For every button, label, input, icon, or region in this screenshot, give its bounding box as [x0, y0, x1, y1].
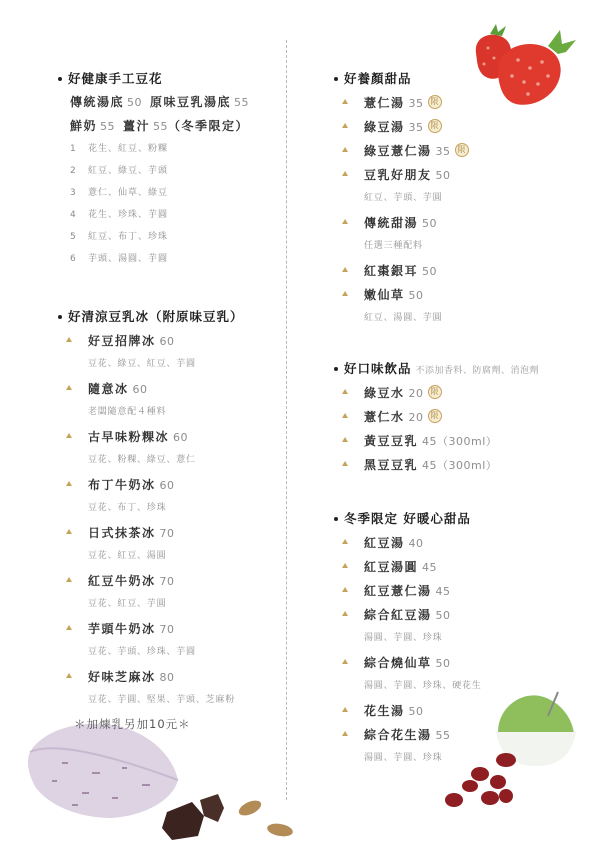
- limited-badge: 限: [428, 119, 442, 133]
- item-description: 湯圓、芋圓、珍珠: [334, 746, 594, 770]
- menu-item: 薏仁湯35限: [334, 90, 594, 114]
- bullet-icon: [334, 517, 338, 521]
- bullet-icon: [58, 315, 62, 319]
- item-description: 豆花、布丁、珍珠: [58, 496, 278, 520]
- menu-item: 綜合花生湯55: [334, 722, 594, 746]
- limited-badge: 限: [428, 385, 442, 399]
- menu-item: 綠豆湯35限: [334, 114, 594, 138]
- menu-item: 嫩仙草50: [334, 282, 594, 306]
- limited-badge: 限: [428, 409, 442, 423]
- item-description: 紅豆、芋頭、芋圓: [334, 186, 594, 210]
- triangle-icon: [342, 219, 348, 224]
- limited-badge: 限: [428, 95, 442, 109]
- triangle-icon: [342, 389, 348, 394]
- item-description: 豆花、芋圓、堅果、芋頭、芝麻粉: [58, 688, 278, 712]
- triangle-icon: [342, 171, 348, 176]
- triangle-icon: [66, 529, 72, 534]
- section-title-sweet-soups: 好養顏甜品: [334, 68, 594, 90]
- item-description: 豆花、粉粿、綠豆、薏仁: [58, 448, 278, 472]
- triangle-icon: [342, 291, 348, 296]
- triangle-icon: [66, 385, 72, 390]
- menu-item: 日式抹茶冰70: [58, 520, 278, 544]
- triangle-icon: [342, 707, 348, 712]
- seasonal-note: （冬季限定）: [168, 119, 249, 133]
- menu-item: 花生湯50: [334, 698, 594, 722]
- menu-item: 紅豆湯40: [334, 530, 594, 554]
- combo-item: 3薏仁、仙草、綠豆: [70, 182, 278, 204]
- menu-item: 綜合燒仙草50: [334, 650, 594, 674]
- triangle-icon: [342, 123, 348, 128]
- combo-item: 5紅豆、布丁、珍珠: [70, 226, 278, 248]
- section-title-drinks: 好口味飲品不添加香料、防腐劑、消泡劑: [334, 358, 594, 380]
- item-description: 豆花、綠豆、紅豆、芋圓: [58, 352, 278, 376]
- menu-item: 豆乳好朋友50: [334, 162, 594, 186]
- menu-item: 好豆招牌冰60: [58, 328, 278, 352]
- section-title-winter: 冬季限定 好暖心甜品: [334, 508, 594, 530]
- menu-item: 隨意冰60: [58, 376, 278, 400]
- left-column: 好健康手工豆花 傳統湯底50原味豆乳湯底55 鮮奶55薑汁55（冬季限定） 1花…: [58, 68, 278, 736]
- item-description: 湯圓、芋圓、珍珠: [334, 626, 594, 650]
- menu-item: 古早味粉粿冰60: [58, 424, 278, 448]
- condensed-milk-note: ＊加煉乳另加10元＊: [74, 712, 278, 736]
- bullet-icon: [334, 77, 338, 81]
- menu-item: 綜合紅豆湯50: [334, 602, 594, 626]
- combo-item: 1花生、紅豆、粉粿: [70, 138, 278, 160]
- triangle-icon: [66, 625, 72, 630]
- triangle-icon: [342, 267, 348, 272]
- menu-item: 紅豆湯圓45: [334, 554, 594, 578]
- base-line-2: 鮮奶55薑汁55（冬季限定）: [70, 114, 278, 138]
- drinks-note: 不添加香料、防腐劑、消泡劑: [416, 366, 540, 376]
- combo-item: 6芋頭、湯圓、芋圓: [70, 248, 278, 270]
- base-name: 原味豆乳湯底: [150, 95, 231, 109]
- base-price: 55: [153, 120, 168, 133]
- combo-item: 4花生、珍珠、芋圓: [70, 204, 278, 226]
- triangle-icon: [342, 611, 348, 616]
- menu-item: 紅豆牛奶冰70: [58, 568, 278, 592]
- base-price: 55: [234, 96, 249, 109]
- item-description: 紅豆、湯圓、芋圓: [334, 306, 594, 330]
- base-price: 50: [127, 96, 142, 109]
- section-title-tofu-pudding: 好健康手工豆花: [58, 68, 278, 90]
- base-name: 薑汁: [123, 119, 150, 133]
- item-description: 豆花、紅豆、湯圓: [58, 544, 278, 568]
- base-name: 鮮奶: [70, 119, 97, 133]
- triangle-icon: [66, 481, 72, 486]
- limited-badge: 限: [455, 143, 469, 157]
- menu-item: 紅棗銀耳50: [334, 258, 594, 282]
- menu-item: 綠豆薏仁湯35限: [334, 138, 594, 162]
- menu-item: 芋頭牛奶冰70: [58, 616, 278, 640]
- menu-item: 好味芝麻冰80: [58, 664, 278, 688]
- triangle-icon: [342, 413, 348, 418]
- triangle-icon: [342, 147, 348, 152]
- menu-item: 布丁牛奶冰60: [58, 472, 278, 496]
- item-description: 任選三種配料: [334, 234, 594, 258]
- menu-item: 黃豆豆乳45（300ml）: [334, 428, 594, 452]
- menu-item: 黑豆豆乳45（300ml）: [334, 452, 594, 476]
- menu-item: 綠豆水20限: [334, 380, 594, 404]
- triangle-icon: [342, 461, 348, 466]
- combo-item: 2紅豆、綠豆、芋頭: [70, 160, 278, 182]
- section-title-soy-ice: 好清涼豆乳冰（附原味豆乳）: [58, 306, 278, 328]
- item-description: 老闆隨意配４種料: [58, 400, 278, 424]
- triangle-icon: [342, 563, 348, 568]
- base-name: 傳統湯底: [70, 95, 124, 109]
- triangle-icon: [342, 731, 348, 736]
- item-description: 豆花、紅豆、芋圓: [58, 592, 278, 616]
- triangle-icon: [66, 577, 72, 582]
- triangle-icon: [342, 99, 348, 104]
- item-description: 豆花、芋頭、珍珠、芋圓: [58, 640, 278, 664]
- column-divider: [286, 40, 287, 800]
- triangle-icon: [342, 539, 348, 544]
- menu-item: 紅豆薏仁湯45: [334, 578, 594, 602]
- menu-item: 傳統甜湯50: [334, 210, 594, 234]
- item-description: 湯圓、芋圓、珍珠、硬花生: [334, 674, 594, 698]
- triangle-icon: [66, 673, 72, 678]
- triangle-icon: [342, 437, 348, 442]
- triangle-icon: [342, 659, 348, 664]
- bullet-icon: [334, 367, 338, 371]
- menu-item: 薏仁水20限: [334, 404, 594, 428]
- triangle-icon: [66, 337, 72, 342]
- base-price: 55: [100, 120, 115, 133]
- right-column: 好養顏甜品 薏仁湯35限 綠豆湯35限 綠豆薏仁湯35限 豆乳好朋友50 紅豆、…: [334, 68, 594, 770]
- triangle-icon: [342, 587, 348, 592]
- bullet-icon: [58, 77, 62, 81]
- base-line-1: 傳統湯底50原味豆乳湯底55: [70, 90, 278, 114]
- triangle-icon: [66, 433, 72, 438]
